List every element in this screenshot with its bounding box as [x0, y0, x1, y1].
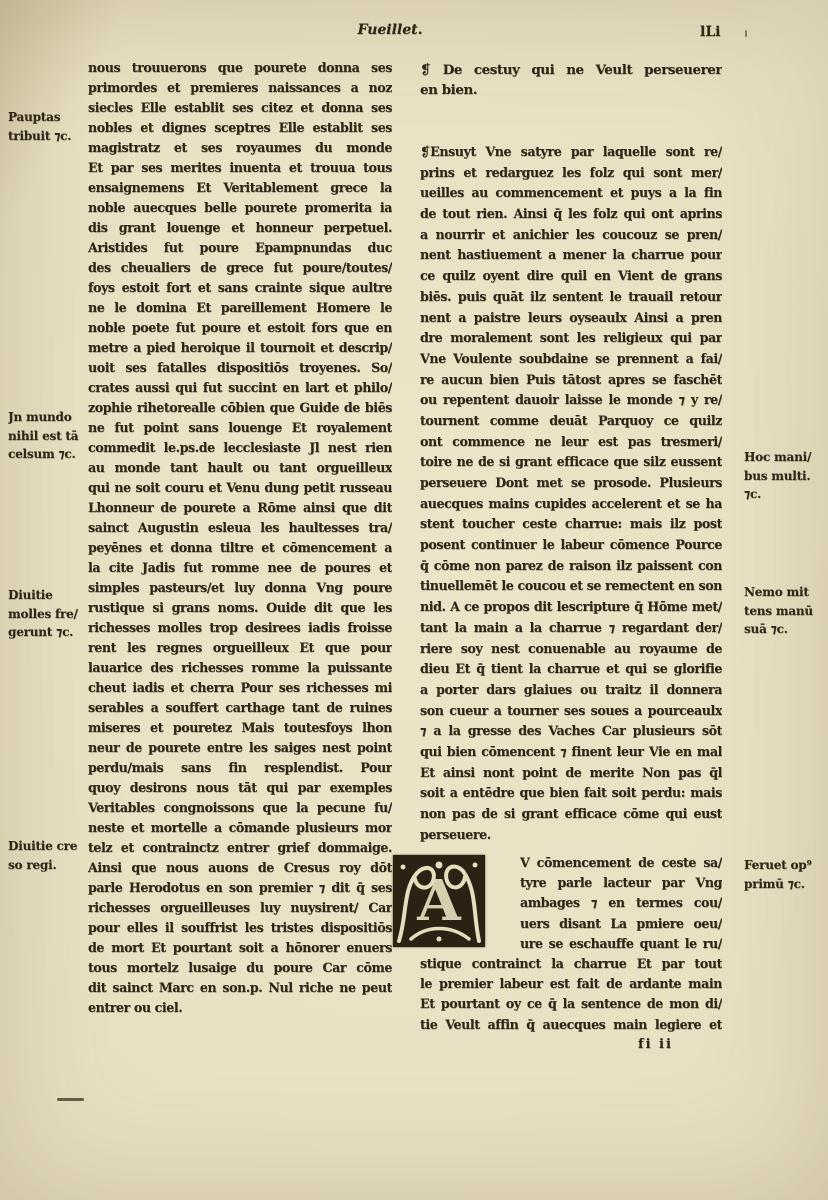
- text-line: noble auecques belle pourete promerita i…: [88, 198, 392, 218]
- signature-mark: fi ii: [638, 1037, 673, 1052]
- text-line: miseres et pouretez Mais toutesfoys lhon: [88, 718, 392, 738]
- text-line: qui ne soit couru et Venu dung petit rus…: [88, 478, 392, 498]
- running-header: Fueillet.: [300, 22, 480, 38]
- text-line: Hoc mani/: [744, 448, 828, 467]
- text-line: suā ⁊c.: [744, 620, 828, 639]
- text-line: crates aussi qui fut succint en lart et …: [88, 378, 392, 398]
- text-line: ont commence ne leur est pas tresmeri/: [420, 432, 722, 453]
- text-line: V cōmencement de ceste sa/: [520, 853, 722, 873]
- text-line: Feruet op⁹: [744, 856, 828, 875]
- text-line: simples pasteurs/et luy donna Vng poure: [88, 578, 392, 598]
- text-line: son cueur a tourner ses soues a pourceau…: [420, 701, 722, 722]
- text-line: molles fre/: [8, 605, 112, 624]
- text-line: ensaignemens Et Veritablement grece la: [88, 178, 392, 198]
- text-line: Vne Voulente soubdaine se prennent a fai…: [420, 349, 722, 370]
- margin-note-hoc-manibus: Hoc mani/bus multi.⁊c.: [744, 448, 828, 504]
- text-line: non pas de si grant efficace cōme qui eu…: [420, 804, 722, 825]
- text-line: ce quilz oyent dire quil en Vient de gra…: [420, 266, 722, 287]
- text-line: auecques mains cupides accelerent et se …: [420, 494, 722, 515]
- text-line: perdu/mais sans fin resplendist. Pour: [88, 758, 392, 778]
- text-line: re aucun bien Puis tātost apres se fasch…: [420, 370, 722, 391]
- text-line: sainct Augustin esleua les haultesses tr…: [88, 518, 392, 538]
- text-line: de tout rien. Ainsi q̄ les folz qui ont …: [420, 204, 722, 225]
- text-line: riere soy nest conuenable au royaume de: [420, 639, 722, 660]
- text-line: richesses orgueilleuses luy nuysirent/ C…: [88, 898, 392, 918]
- text-line: Jn mundo: [8, 408, 112, 427]
- text-line: a nourrir et anichier les coucouz se pre…: [420, 225, 722, 246]
- text-line: nent a paistre leurs oyseaulx Ainsi a pr…: [420, 308, 722, 329]
- text-line: uoit ses fatalles dispositiōs troyenes. …: [88, 358, 392, 378]
- initial-paragraph: V cōmencement de ceste sa/tyre parle lac…: [420, 853, 722, 1035]
- text-line: ❡ De cestuy qui ne Veult perseuerer: [420, 60, 722, 80]
- text-line: dit sainct Marc en son.p. Nul riche ne p…: [88, 978, 392, 998]
- right-text-column: ❡Ensuyt Vne satyre par laquelle sont re/…: [420, 142, 722, 845]
- text-line: le premier labeur est fait de ardante ma…: [420, 974, 722, 994]
- text-line: au monde tant hault ou tant orgueilleux: [88, 458, 392, 478]
- text-line: Et par ses merites inuenta et trouua tou…: [88, 158, 392, 178]
- book-page: Fueillet. lLi nous trouuerons que pouret…: [0, 0, 828, 1200]
- text-line: nobles et dignes sceptres Elle establit …: [88, 118, 392, 138]
- margin-note-divitie-molles: Diuitiemolles fre/gerunt ⁊c.: [8, 586, 112, 642]
- text-line: peyēnes et donna tiltre et cōmencement a: [88, 538, 392, 558]
- text-line: ne le domina Et pareillement Homere le: [88, 298, 392, 318]
- text-line: ueilles au commencement et puys a la fin: [420, 183, 722, 204]
- text-line: bus multi.: [744, 467, 828, 486]
- ink-speck: [745, 30, 747, 37]
- margin-note-paupertas: Pauptastribuit ⁊c.: [8, 108, 112, 145]
- text-line: tinuellemēt le coucou et se remectent en…: [420, 576, 722, 597]
- text-line: magistratz et ses royaumes du monde: [88, 138, 392, 158]
- text-line: tous mortelz lusaige du poure Car cōme: [88, 958, 392, 978]
- text-line: perseuere.: [420, 825, 722, 846]
- text-line: biēs. puis quāt ilz sentent le trauail r…: [420, 287, 722, 308]
- text-line: quoy desirons nous tāt qui par exemples: [88, 778, 392, 798]
- text-line: Et pourtant oy ce q̄ la sentence de mon …: [420, 994, 722, 1014]
- text-line: metre a pied heroique il tournoit et des…: [88, 338, 392, 358]
- text-line: uers disant La pmiere oeu/: [520, 914, 722, 934]
- text-line: qui bien cōmencent ⁊ finent leur Vie en …: [420, 742, 722, 763]
- text-line: Diuitie cre: [8, 837, 112, 856]
- text-line: Diuitie: [8, 586, 112, 605]
- margin-note-in-mundo: Jn mundonihil est tācelsum ⁊c.: [8, 408, 112, 464]
- ink-mark: [57, 1098, 84, 1101]
- text-line: commedit le.ps.de lecclesiaste Jl nest r…: [88, 438, 392, 458]
- text-line: stique contrainct la charrue Et par tout: [420, 954, 722, 974]
- text-line: prins et redarguez les folz qui sont mer…: [420, 163, 722, 184]
- text-line: zophie rihetorealle cōbien que Guide de …: [88, 398, 392, 418]
- text-line: tournent comme deuāt Parquoy ce quilz: [420, 411, 722, 432]
- left-text-column: nous trouuerons que pourete donna sespri…: [88, 58, 392, 1018]
- text-line: pour elles il souffrist les tristes disp…: [88, 918, 392, 938]
- text-line: nous trouuerons que pourete donna ses: [88, 58, 392, 78]
- text-line: en bien.: [420, 80, 722, 100]
- text-line: siecles Elle establit ses citez et donna…: [88, 98, 392, 118]
- text-line: de mort Et pourtant soit a hōnorer enuer…: [88, 938, 392, 958]
- text-line: ure se eschauffe quant le ru/: [520, 934, 722, 954]
- text-line: nid. A ce propos dit lescripture q̄ Hōme…: [420, 597, 722, 618]
- text-line: noble poete fut poure et estoit fors que…: [88, 318, 392, 338]
- text-line: nent hastiuement a mener la charrue pour: [420, 245, 722, 266]
- text-line: tant la main a la charrue ⁊ regardant de…: [420, 618, 722, 639]
- text-line: ⁊c.: [744, 485, 828, 504]
- text-line: la cite Jadis fut romme nee de poures et: [88, 558, 392, 578]
- text-line: tie Veult affin q̄ auecques main legiere…: [420, 1015, 722, 1035]
- text-line: Pauptas: [8, 108, 112, 127]
- text-line: ⁊ a la gresse des Vaches Car plusieurs s…: [420, 721, 722, 742]
- text-line: ambages ⁊ en termes cou/: [520, 893, 722, 913]
- text-line: telz et contrainctz entrer grief dommaig…: [88, 838, 392, 858]
- text-line: Lhonneur de pourete a Rōme ainsi que dit: [88, 498, 392, 518]
- text-line: primordes et premieres naissances a noz: [88, 78, 392, 98]
- text-line: toire ne de si grant efficace que silz e…: [420, 452, 722, 473]
- text-line: rent les regnes orgueilleux Et que pour: [88, 638, 392, 658]
- text-line: dre moralement sont les religieux qui pa…: [420, 328, 722, 349]
- text-line: ou repentent dauoir laisse le monde ⁊ y …: [420, 390, 722, 411]
- text-line: so regi.: [8, 856, 112, 875]
- text-line: tribuit ⁊c.: [8, 127, 112, 146]
- text-line: cheut iadis et cherra Pour ses richesses…: [88, 678, 392, 698]
- text-line: Ainsi que nous auons de Cresus roy dōt: [88, 858, 392, 878]
- text-line: perseuere Dont met se prosode. Plusieurs: [420, 473, 722, 494]
- text-line: dis grant louenge et honneur perpetuel.: [88, 218, 392, 238]
- text-line: celsum ⁊c.: [8, 445, 112, 464]
- text-line: ❡Ensuyt Vne satyre par laquelle sont re/: [420, 142, 722, 163]
- margin-note-nemo-mittens: Nemo mittens manūsuā ⁊c.: [744, 583, 828, 639]
- text-line: ne fut point sans louenge Et royalement: [88, 418, 392, 438]
- text-line: dieu Et q̄ tient la charrue et qui se gl…: [420, 659, 722, 680]
- text-line: Et ainsi nont point de merite Non pas q̄…: [420, 763, 722, 784]
- text-line: tyre parle lacteur par Vng: [520, 873, 722, 893]
- text-line: soit a entēdre que bien fait soit perdu:…: [420, 783, 722, 804]
- text-line: des cheualiers de grece fut poure/toutes…: [88, 258, 392, 278]
- text-line: primū ⁊c.: [744, 875, 828, 894]
- text-line: parle Herodotus en son premier ⁊ dit q̄ …: [88, 878, 392, 898]
- chapter-heading: ❡ De cestuy qui ne Veult perseuereren bi…: [420, 60, 722, 100]
- folio-number: lLi: [700, 24, 720, 40]
- text-line: a porter dars glaiues ou traitz il donne…: [420, 680, 722, 701]
- text-line: entrer ou ciel.: [88, 998, 392, 1018]
- text-line: neur de pourete entre les saiges nest po…: [88, 738, 392, 758]
- text-line: rustique si grans noms. Ouide dit que le…: [88, 598, 392, 618]
- text-line: tens manū: [744, 602, 828, 621]
- margin-note-divitie-cre: Diuitie creso regi.: [8, 837, 112, 874]
- text-line: neste et mortelle a cōmande plusieurs mo…: [88, 818, 392, 838]
- text-line: richesses molles trop desirees iadis fro…: [88, 618, 392, 638]
- text-line: q̄ cōme non parez de raison ilz paissent…: [420, 556, 722, 577]
- margin-note-fervet-opus: Feruet op⁹primū ⁊c.: [744, 856, 828, 893]
- text-line: posent continuer le labeur cōmence Pourc…: [420, 535, 722, 556]
- text-line: lauarice des richesses romme la puissant…: [88, 658, 392, 678]
- text-line: foys estoit fort et sans crainte sique a…: [88, 278, 392, 298]
- text-line: serables a souffert carthage tant de rui…: [88, 698, 392, 718]
- text-line: Aristides fut poure Epampnundas duc: [88, 238, 392, 258]
- text-line: stent toucher ceste charrue: mais ilz po…: [420, 514, 722, 535]
- text-line: Nemo mit: [744, 583, 828, 602]
- text-line: gerunt ⁊c.: [8, 623, 112, 642]
- text-line: nihil est tā: [8, 427, 112, 446]
- text-line: Veritables congnoissons que la pecune fu…: [88, 798, 392, 818]
